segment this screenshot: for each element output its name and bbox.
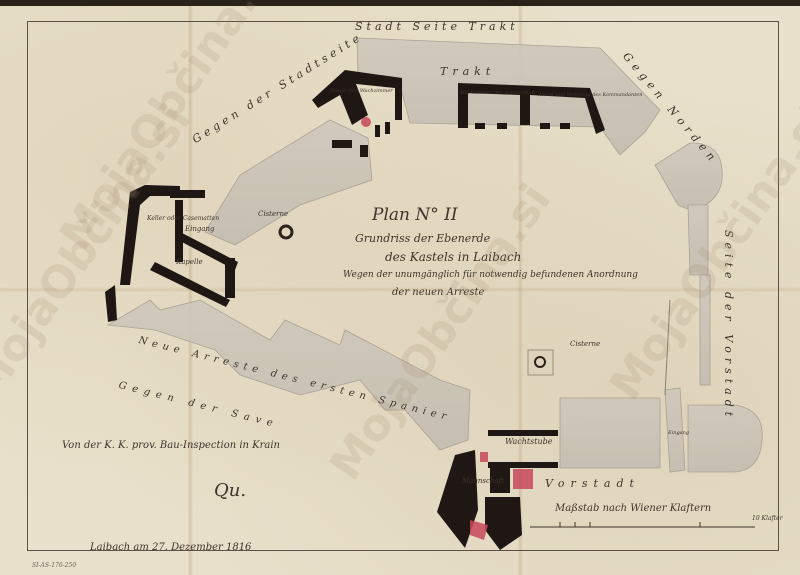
cistern-right [528, 350, 553, 375]
lower-right-block [560, 398, 660, 468]
catalog-number: SI-AS-176-250 [32, 562, 76, 569]
scale-label: Maßstab nach Wiener Klaftern [555, 503, 711, 514]
label-trakt: Trakt [440, 65, 495, 78]
label-wachtstube: Wachtstube [505, 437, 552, 446]
label-street-top: Stadt Seite Trakt [355, 20, 519, 33]
wachtstube-wall [488, 430, 558, 436]
label-eingang: Eingang [185, 225, 215, 233]
title-line-1: Plan N° II [372, 205, 458, 225]
label-seite-right: Seite der Vorstadt [722, 230, 735, 421]
scale-end-label: 10 Klafter [752, 515, 783, 522]
label-room-top-right: Arrest und Wohnung des Kommandanten [538, 92, 642, 98]
map-sheet: Plan N° II Grundriss der Ebenerde des Ka… [0, 0, 800, 575]
title-line-5: der neuen Arreste [392, 287, 484, 298]
stair-marker [361, 117, 371, 127]
title-line-2: Grundriss der Ebenerde [355, 232, 490, 245]
label-kapelle: Kapelle [176, 258, 203, 266]
label-cisterne-left: Cisterne [258, 210, 288, 218]
northwest-tower-walls [312, 70, 402, 125]
label-room-top-left: Stiege zum Wachzimmer [330, 88, 393, 94]
label-keller: Keller oder Casematten [147, 215, 219, 222]
cistern-left [280, 226, 292, 238]
scale-bar [530, 522, 755, 527]
place-date: Laibach am 27. Dezember 1816 [90, 542, 251, 553]
label-cisterne-right: Cisterne [570, 340, 600, 348]
title-line-3: des Kastels in Laibach [385, 250, 521, 264]
label-room-top-mid: Wachzimmer der Arrestanten [460, 90, 535, 96]
signature: Qu. [214, 480, 246, 501]
title-line-4: Wegen der unumgänglich für notwendig bef… [343, 270, 638, 280]
label-vorstadt: Vorstadt [545, 477, 640, 490]
new-arrest-cell [513, 469, 533, 489]
authority-line: Von der K. K. prov. Bau-Inspection in Kr… [62, 440, 280, 451]
label-eingang-right: Eingang [668, 430, 689, 436]
label-mannschaft: Mannschaft [462, 477, 504, 485]
